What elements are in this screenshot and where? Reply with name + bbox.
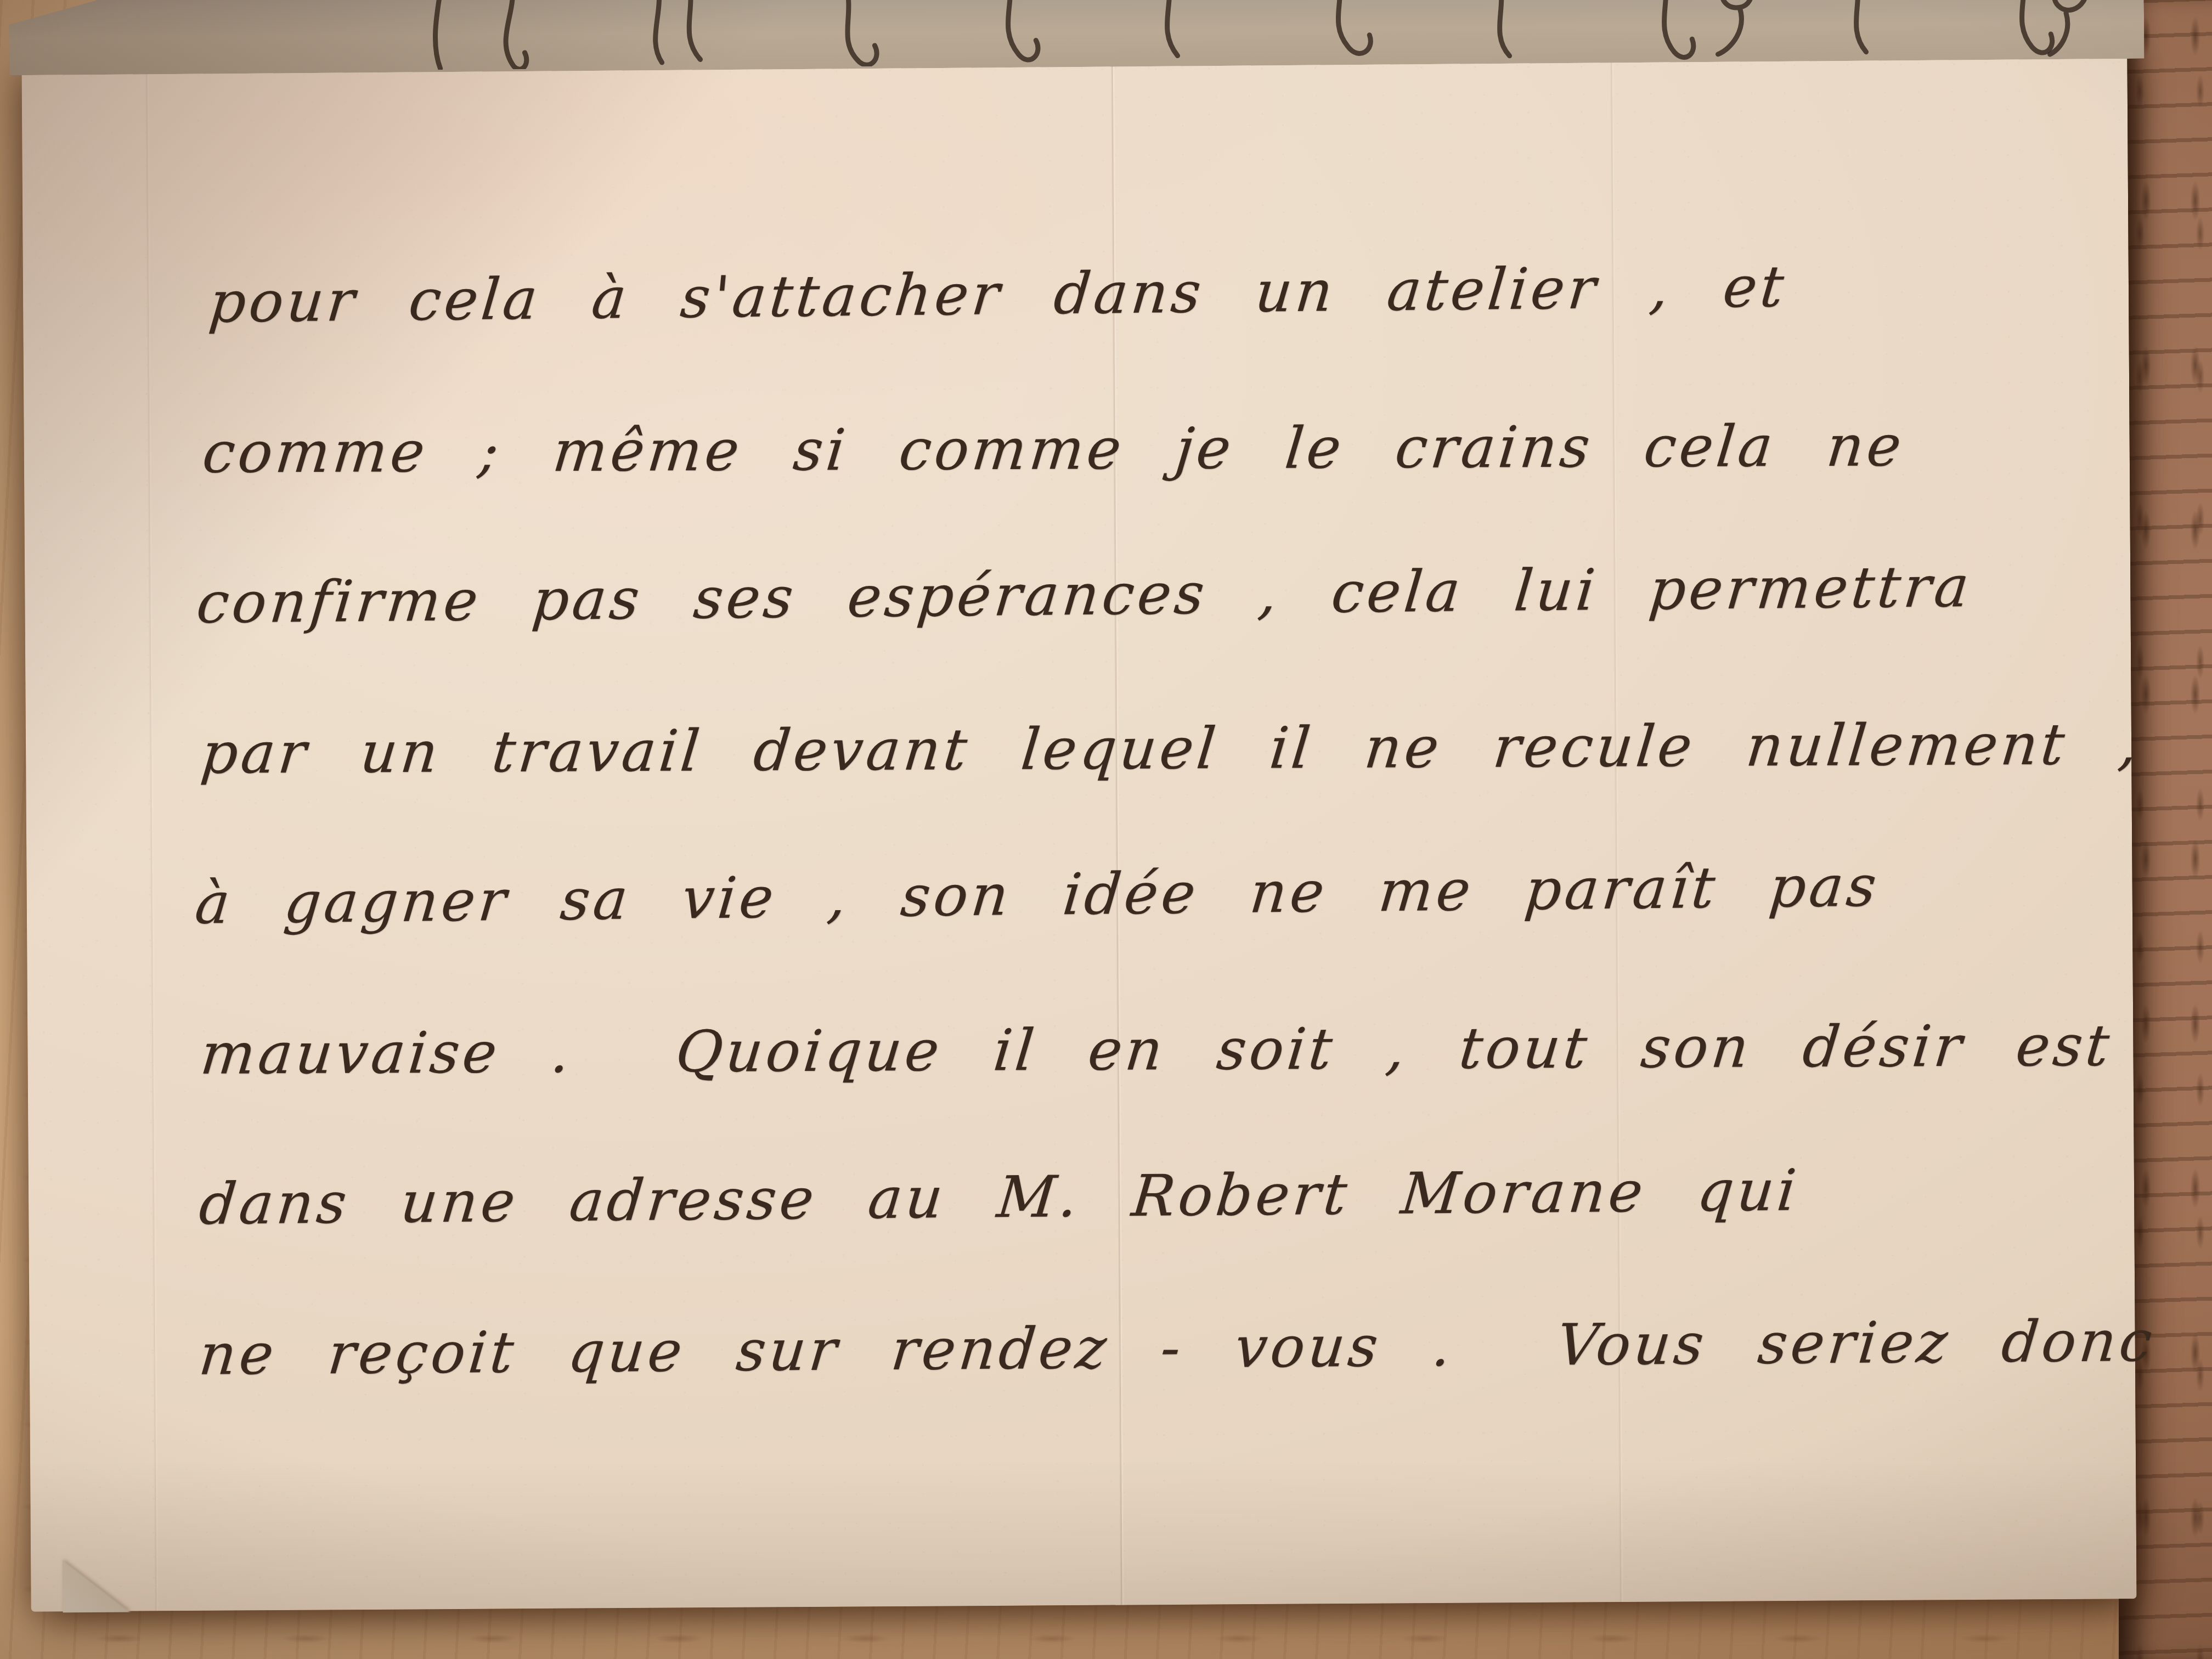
- photo-of-handwritten-letter: pour cela à s'attacher dans un atelier ,…: [0, 0, 2212, 1659]
- handwritten-line: par un travail devant lequel il ne recul…: [194, 669, 2051, 828]
- handwritten-line: confirme pas ses espérances , cela lui p…: [190, 511, 2050, 678]
- letter-page: pour cela à s'attacher dans un atelier ,…: [21, 44, 2136, 1611]
- handwritten-line: ne reçoit que sur rendez - vous . Vous s…: [192, 1266, 2055, 1430]
- handwritten-line: dans une adresse au M. Robert Morane qui: [193, 1113, 2054, 1279]
- handwritten-line: mauvaise . Quoique il en soit , tout son…: [194, 970, 2053, 1129]
- handwritten-line: à gagner sa vie , son idée ne me paraît …: [189, 809, 2052, 978]
- handwritten-text-block: pour cela à s'attacher dans un atelier ,…: [204, 216, 2042, 1429]
- handwritten-line: comme ; même si comme je le crains cela …: [195, 370, 2049, 528]
- paper-fold-crease: [145, 56, 159, 1611]
- paper-corner-fold: [63, 1548, 145, 1612]
- previous-page-writing-fragments-icon: [426, 0, 2100, 70]
- handwritten-line: pour cela à s'attacher dans un atelier ,…: [202, 208, 2049, 377]
